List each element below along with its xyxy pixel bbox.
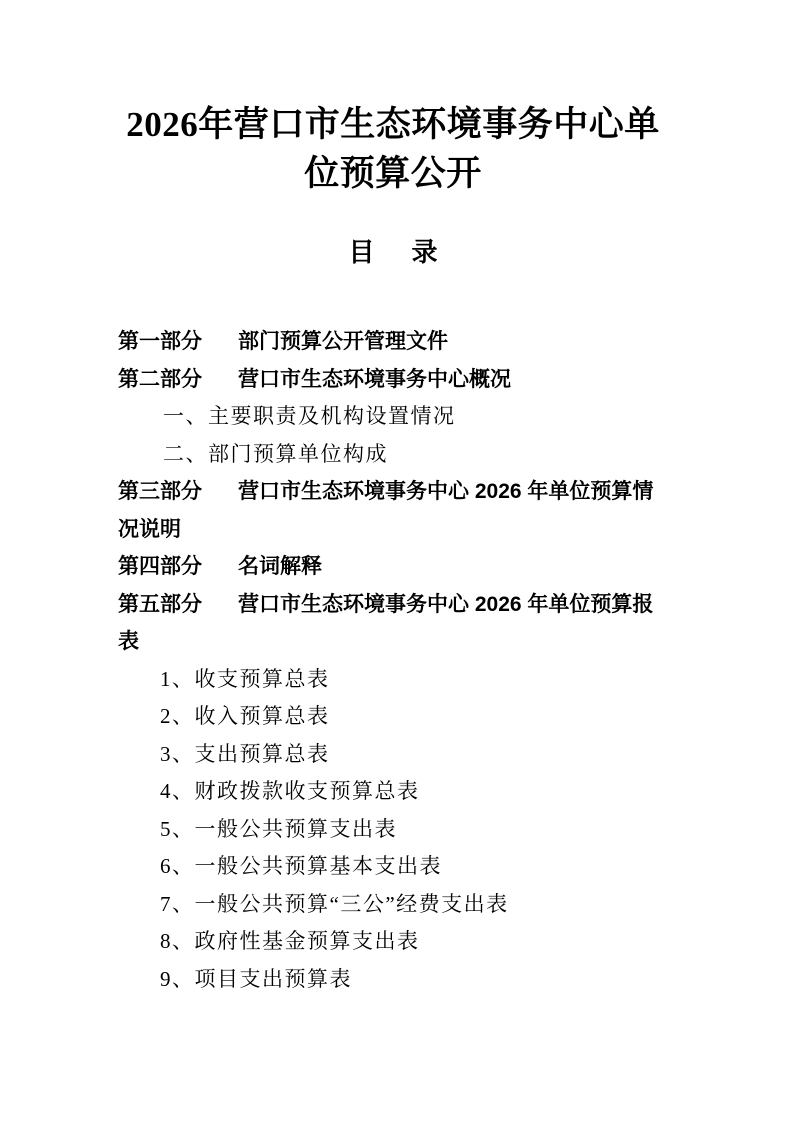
toc-entry-part-1-label: 第一部分 bbox=[118, 323, 238, 361]
document-page: 2026年营口市生态环境事务中心单 位预算公开 目 录 第一部分部门预算公开管理… bbox=[0, 0, 793, 1122]
toc-table-item-5: 5、一般公共预算支出表 bbox=[118, 811, 668, 849]
toc-table-item-7: 7、一般公共预算“三公”经费支出表 bbox=[118, 886, 668, 924]
toc-heading: 目 录 bbox=[118, 236, 668, 270]
toc-entry-part-2-text: 营口市生态环境事务中心概况 bbox=[238, 368, 511, 391]
document-title-line-1: 2026年营口市生态环境事务中心单 bbox=[118, 100, 668, 149]
document-title-line-2: 位预算公开 bbox=[118, 149, 668, 198]
toc-entry-part-5-label: 第五部分 bbox=[118, 586, 238, 624]
toc-entry-part-2: 第二部分营口市生态环境事务中心概况 bbox=[118, 361, 668, 399]
toc-table-item-3: 3、支出预算总表 bbox=[118, 736, 668, 774]
toc-entry-part-4-text: 名词解释 bbox=[238, 555, 322, 578]
toc-table-item-1: 1、收支预算总表 bbox=[118, 661, 668, 699]
toc-table-item-4: 4、财政拨款收支预算总表 bbox=[118, 773, 668, 811]
toc-entry-part-4: 第四部分名词解释 bbox=[118, 548, 668, 586]
toc-entry-part-2-label: 第二部分 bbox=[118, 361, 238, 399]
toc-subentry-1: 一、主要职责及机构设置情况 bbox=[118, 398, 668, 436]
toc-table-item-9: 9、项目支出预算表 bbox=[118, 961, 668, 999]
toc-table-item-6: 6、一般公共预算基本支出表 bbox=[118, 848, 668, 886]
toc-subentry-2: 二、部门预算单位构成 bbox=[118, 436, 668, 474]
toc-entry-part-1: 第一部分部门预算公开管理文件 bbox=[118, 323, 668, 361]
toc-entry-part-3-label: 第三部分 bbox=[118, 473, 238, 511]
document-title: 2026年营口市生态环境事务中心单 位预算公开 bbox=[118, 100, 668, 198]
toc-entry-part-4-label: 第四部分 bbox=[118, 548, 238, 586]
table-of-contents: 第一部分部门预算公开管理文件 第二部分营口市生态环境事务中心概况 一、主要职责及… bbox=[118, 323, 668, 998]
toc-table-item-8: 8、政府性基金预算支出表 bbox=[118, 923, 668, 961]
toc-entry-part-1-text: 部门预算公开管理文件 bbox=[238, 330, 448, 353]
toc-entry-part-5: 第五部分营口市生态环境事务中心 2026 年单位预算报表 bbox=[118, 586, 668, 661]
toc-entry-part-3: 第三部分营口市生态环境事务中心 2026 年单位预算情况说明 bbox=[118, 473, 668, 548]
toc-table-item-2: 2、收入预算总表 bbox=[118, 698, 668, 736]
